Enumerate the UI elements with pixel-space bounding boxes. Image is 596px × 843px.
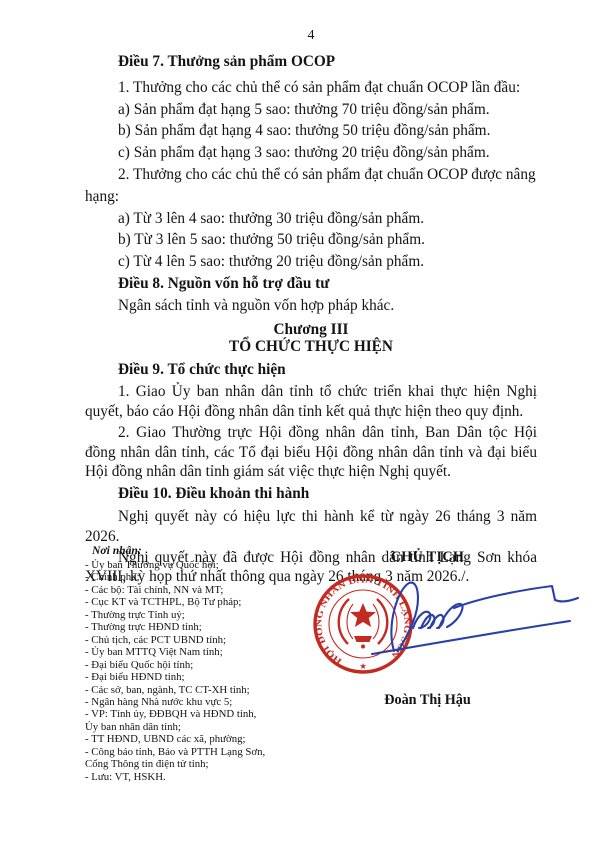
recipient-line: - Chủ tịch, các PCT UBND tỉnh;	[85, 634, 310, 646]
recipient-line: - Thường trực HĐND tỉnh;	[85, 621, 310, 633]
recipient-line: - Đại biểu HĐND tỉnh;	[85, 671, 310, 683]
text-line: Điều 7. Thưởng sản phẩm OCOP	[85, 51, 537, 73]
recipients-block: Nơi nhận: - Ủy ban Thường vụ Quốc hội;- …	[85, 544, 310, 783]
text-line: Ngân sách tỉnh và nguồn vốn hợp pháp khá…	[85, 295, 537, 317]
recipient-line: Ủy ban nhân dân tỉnh;	[85, 721, 310, 733]
text-line: Nghị quyết này có hiệu lực thi hành kể t…	[85, 507, 537, 546]
text-line: a) Từ 3 lên 4 sao: thưởng 30 triệu đồng/…	[85, 208, 537, 230]
recipient-line: - TT HĐND, UBND các xã, phường;	[85, 733, 310, 745]
text-line: c) Sản phẩm đạt hạng 3 sao: thưởng 20 tr…	[85, 142, 537, 164]
recipient-line: - Cục KT và TCTHPL, Bộ Tư pháp;	[85, 596, 310, 608]
text-line: Điều 9. Tổ chức thực hiện	[85, 359, 537, 381]
recipient-line: - VP: Tỉnh ủy, ĐĐBQH và HĐND tỉnh,	[85, 708, 310, 720]
recipient-line: - Ủy ban Thường vụ Quốc hội;	[85, 559, 310, 571]
recipients-label: Nơi nhận:	[92, 544, 310, 558]
recipient-line: - Chính phủ;	[85, 571, 310, 583]
recipient-line: - Các sở, ban, ngành, TC CT-XH tỉnh;	[85, 684, 310, 696]
recipient-line: - Đại biểu Quốc hội tỉnh;	[85, 659, 310, 671]
page-number: 4	[0, 28, 596, 44]
signer-title: CHỦ TỊCH	[340, 549, 515, 565]
document-page: 4 Điều 7. Thưởng sản phẩm OCOP1. Thưởng …	[0, 0, 596, 843]
text-line: 1. Thưởng cho các chủ thể có sản phẩm đạ…	[85, 77, 537, 99]
recipient-line: - Ngân hàng Nhà nước khu vực 5;	[85, 696, 310, 708]
text-line: Điều 10. Điều khoản thi hành	[85, 483, 537, 505]
signer-name: Đoàn Thị Hậu	[340, 692, 515, 708]
text-line: a) Sản phẩm đạt hạng 5 sao: thưởng 70 tr…	[85, 99, 537, 121]
recipient-line: - Công báo tỉnh, Báo và PTTH Lạng Sơn,	[85, 746, 310, 758]
text-line: c) Từ 4 lên 5 sao: thưởng 20 triệu đồng/…	[85, 251, 537, 273]
recipients-list: - Ủy ban Thường vụ Quốc hội;- Chính phủ;…	[85, 559, 310, 783]
signature-icon	[330, 570, 590, 670]
recipient-line: - Lưu: VT, HSKH.	[85, 771, 310, 783]
text-line: b) Sản phẩm đạt hạng 4 sao: thưởng 50 tr…	[85, 120, 537, 142]
text-line: Chương III	[85, 321, 537, 338]
text-line: Điều 8. Nguồn vốn hỗ trợ đầu tư	[85, 273, 537, 295]
document-body: Điều 7. Thưởng sản phẩm OCOP1. Thưởng ch…	[85, 51, 537, 589]
recipient-line: - Các bộ: Tài chính, NN và MT;	[85, 584, 310, 596]
text-line: b) Từ 3 lên 5 sao: thưởng 50 triệu đồng/…	[85, 229, 537, 251]
recipient-line: - Thường trực Tỉnh uỷ;	[85, 609, 310, 621]
recipient-line: Cổng Thông tin điện tử tỉnh;	[85, 758, 310, 770]
text-line: TỔ CHỨC THỰC HIỆN	[85, 338, 537, 355]
recipient-line: - Ủy ban MTTQ Việt Nam tỉnh;	[85, 646, 310, 658]
text-line: 2. Thưởng cho các chủ thể có sản phẩm đạ…	[85, 164, 537, 208]
text-line: 1. Giao Ủy ban nhân dân tỉnh tổ chức tri…	[85, 382, 537, 421]
text-line: 2. Giao Thường trực Hội đồng nhân dân tỉ…	[85, 423, 537, 481]
